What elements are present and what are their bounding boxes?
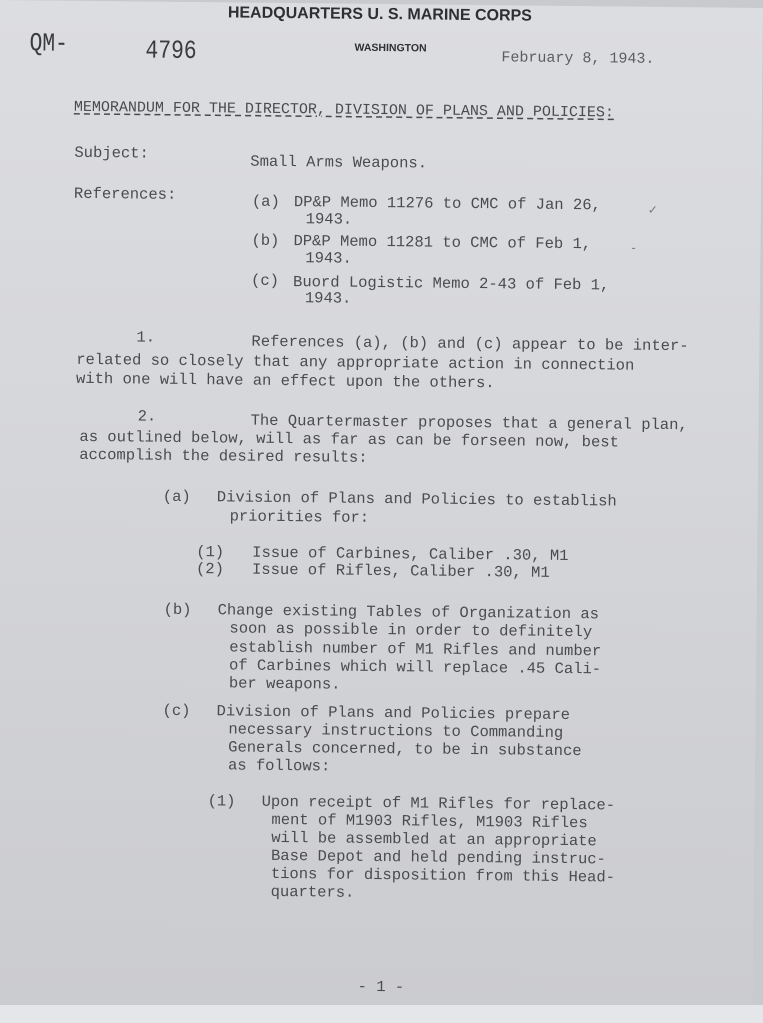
sub-item-marker: (1) <box>196 543 224 561</box>
reference-marker: (b) <box>251 232 279 250</box>
plan-marker: (b) <box>164 601 192 619</box>
sub-item-line: quarters. <box>271 883 355 902</box>
paragraph-line: References (a), (b) and (c) appear to be… <box>251 333 688 356</box>
paragraph-number: 2. <box>138 407 157 425</box>
reference-text: 1943. <box>306 210 353 228</box>
checkmark-icon: ✓ <box>648 203 658 217</box>
addressee-line: MEMORANDUM FOR THE DIRECTOR, DIVISION OF… <box>74 99 614 123</box>
reference-marker: (c) <box>251 272 279 290</box>
file-number: 4796 <box>145 36 196 67</box>
paragraph-line: with one will have an effect upon the ot… <box>76 370 495 392</box>
checkmark-icon: - <box>631 241 635 255</box>
subject-text: Small Arms Weapons. <box>250 153 427 173</box>
plan-line: as follows: <box>228 756 331 775</box>
memo-date: February 8, 1943. <box>501 49 654 69</box>
references-label: References: <box>74 185 177 204</box>
plan-line: ber weapons. <box>229 674 341 693</box>
page-number: - 1 - <box>358 978 405 996</box>
plan-line: soon as possible in order to definitely <box>229 619 592 641</box>
reference-text: 1943. <box>305 249 352 267</box>
sub-item-marker: (2) <box>196 560 224 578</box>
memo-page: QM- 4796 HEADQUARTERS U. S. MARINE CORPS… <box>0 0 763 1016</box>
reference-text: 1943. <box>305 289 352 307</box>
paragraph-number: 1. <box>136 328 155 346</box>
location: WASHINGTON <box>354 42 426 55</box>
organization-header: HEADQUARTERS U. S. MARINE CORPS <box>228 4 532 25</box>
plan-marker: (a) <box>163 488 191 506</box>
reference-marker: (a) <box>252 193 280 211</box>
plan-line: priorities for: <box>230 507 370 526</box>
sub-item-text: Issue of Rifles, Caliber .30, M1 <box>252 561 550 582</box>
page-edge <box>0 1005 763 1023</box>
subject-label: Subject: <box>74 144 149 163</box>
file-prefix: QM- <box>29 28 68 58</box>
plan-marker: (c) <box>162 702 190 720</box>
paragraph-line: accomplish the desired results: <box>79 446 368 467</box>
sub-item-marker: (1) <box>208 792 236 810</box>
